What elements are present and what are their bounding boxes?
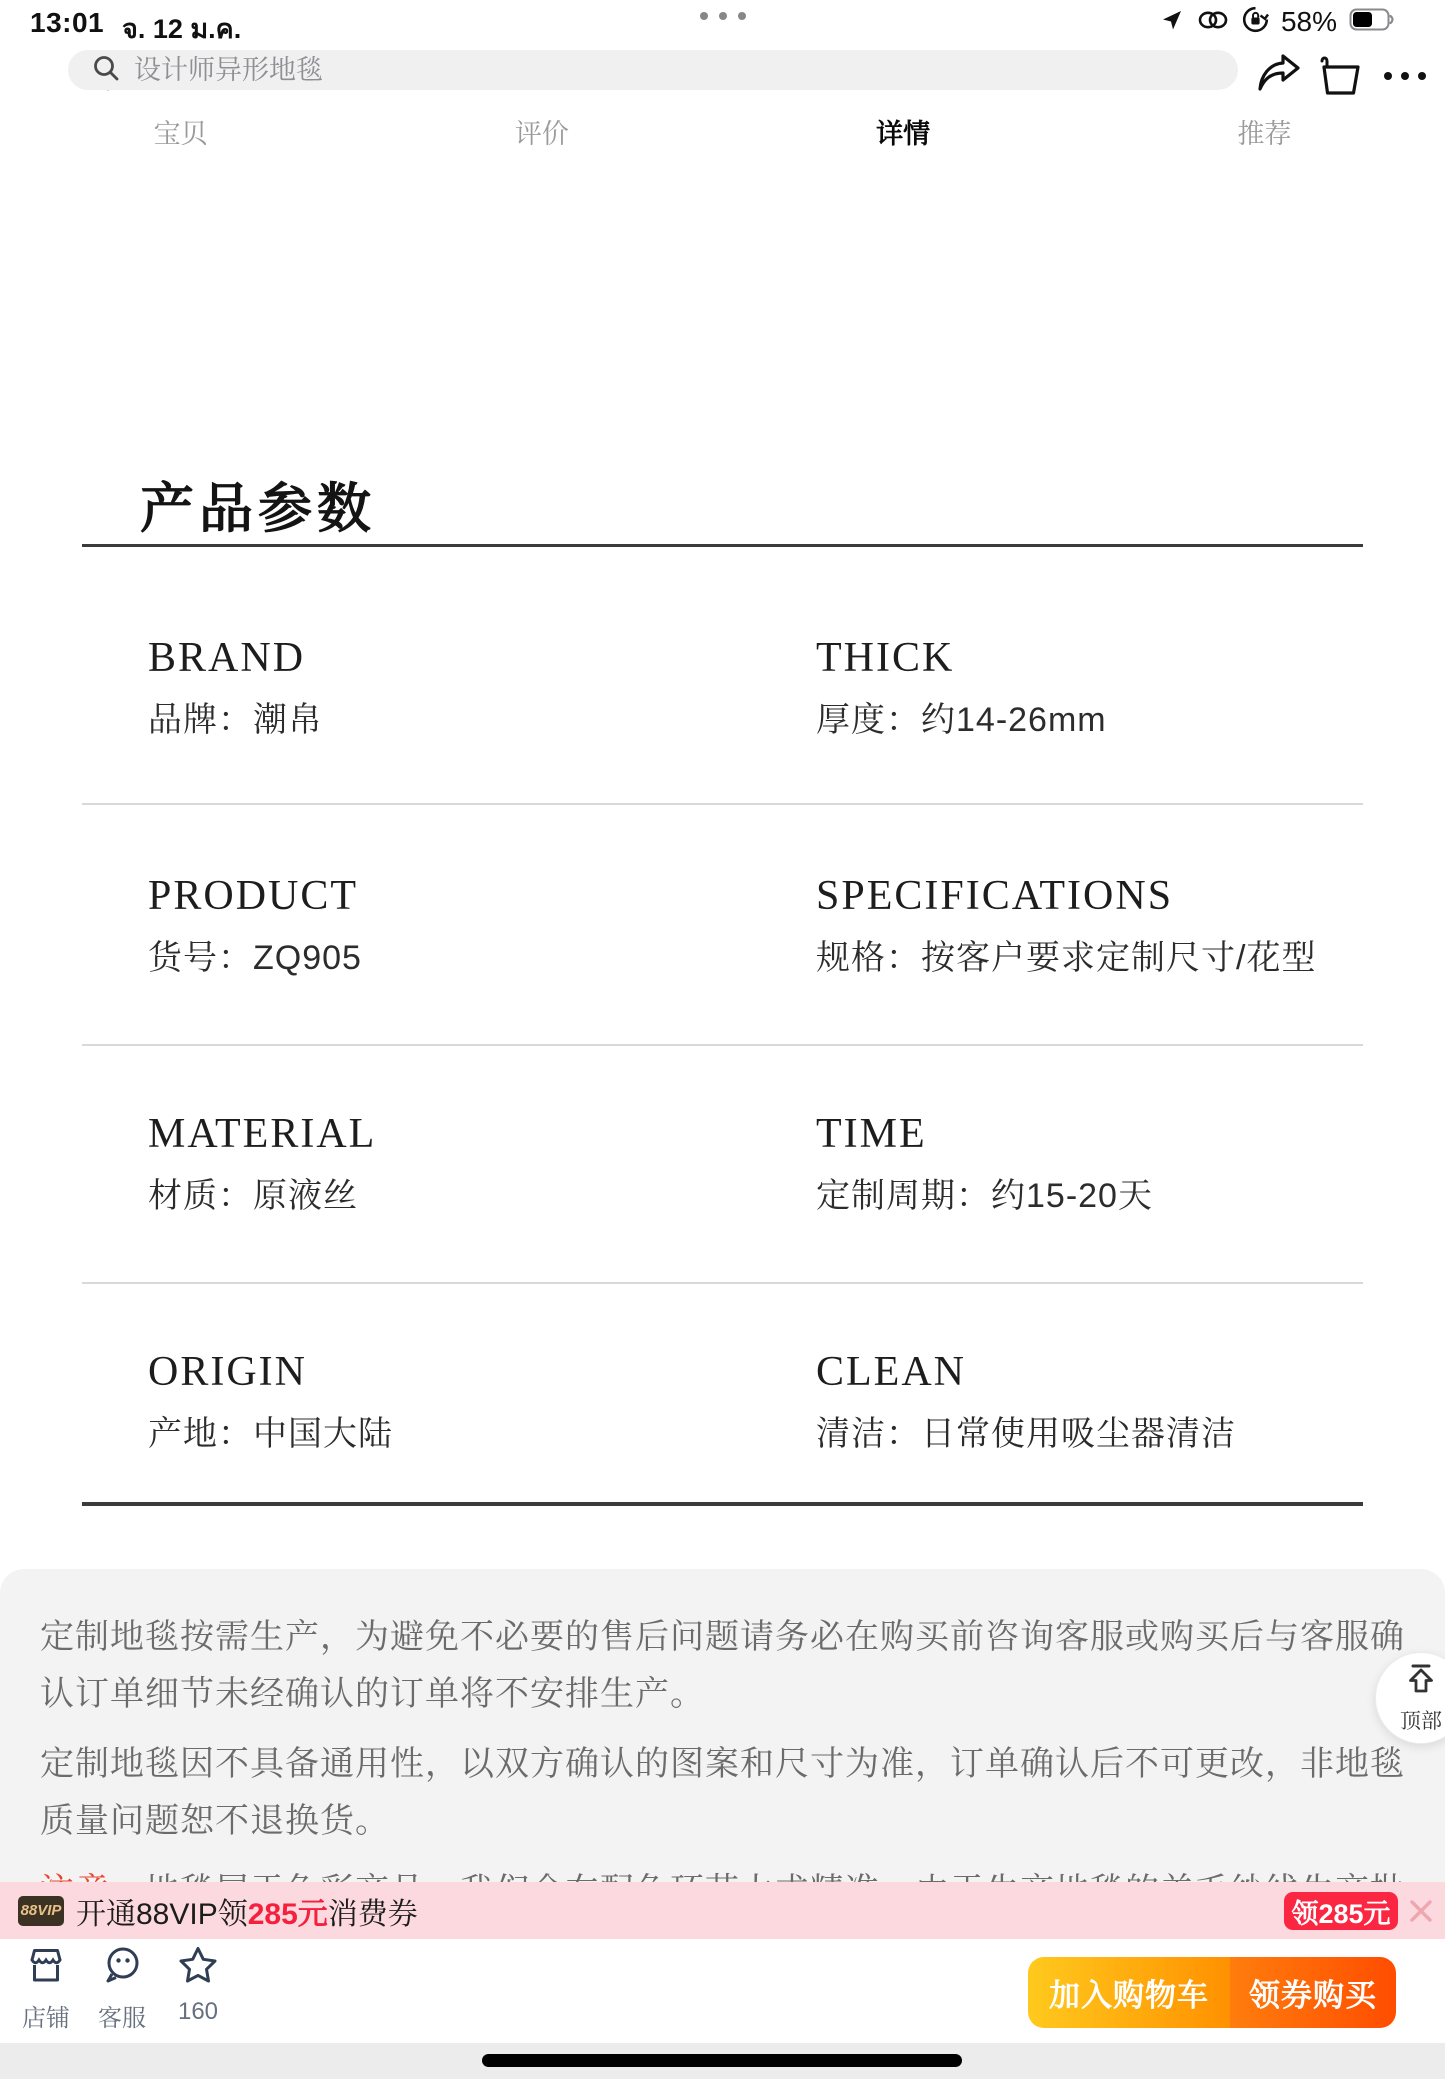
divider (82, 803, 1363, 805)
favorite-button[interactable]: 160 (160, 1945, 236, 2026)
hotspot-link-icon (1196, 9, 1230, 36)
param-value-origin: 产地：中国大陆 (148, 1406, 393, 1455)
close-icon (1406, 1913, 1436, 1930)
location-icon (1160, 8, 1184, 37)
vip-banner-text: 开通88VIP领285元消费券 (76, 1889, 418, 1933)
tab-item[interactable]: 宝贝 (0, 100, 361, 162)
param-value-specifications: 规格：按客户要求定制尺寸/花型 (816, 930, 1316, 979)
back-to-top-label: 顶部 (1400, 1705, 1442, 1735)
home-indicator-area (0, 2043, 1445, 2079)
param-value-product: 货号：ZQ905 (148, 930, 362, 979)
param-label-thick: THICK (816, 634, 954, 682)
divider (82, 1282, 1363, 1284)
status-time: 13:01 (30, 7, 104, 39)
purchase-buttons: 加入购物车 领券购买 (1028, 1957, 1396, 2028)
orientation-lock-icon (1242, 6, 1269, 38)
search-bar[interactable] (68, 50, 1238, 90)
arrow-up-to-top-icon (1403, 1661, 1439, 1703)
param-label-brand: BRAND (148, 634, 305, 682)
status-bar: 13:01 จ. 12 ม.ค. 58% (0, 0, 1445, 44)
battery-icon (1349, 8, 1395, 36)
buy-with-coupon-button[interactable]: 领券购买 (1230, 1957, 1396, 2028)
divider (82, 1044, 1363, 1046)
multitask-dots-icon (700, 12, 746, 20)
chat-smiley-icon (101, 1945, 143, 1992)
vip-coupon-banner: 88VIP 开通88VIP领285元消费券 领285元 (0, 1882, 1445, 1939)
disclaimer-paragraph-2: 定制地毯因不具备通用性，以双方确认的图案和尺寸为准，订单确认后不可更改，非地毯质… (40, 1736, 1405, 1850)
param-value-time: 定制周期：约15-20天 (816, 1168, 1153, 1217)
bottom-action-bar: 店铺 客服 160 加入购物车 领券购买 (0, 1939, 1445, 2043)
claim-coupon-button[interactable]: 领285元 (1284, 1892, 1398, 1930)
cart-button[interactable]: 81 (1316, 54, 1366, 98)
shop-button[interactable]: 店铺 (8, 1945, 84, 2033)
share-arrow-icon (1256, 81, 1302, 98)
search-icon (84, 54, 120, 87)
params-title: 产品参数 (140, 466, 376, 543)
divider (82, 1502, 1363, 1506)
tab-reviews[interactable]: 评价 (361, 100, 722, 162)
nav-bar: 81 (0, 44, 1445, 100)
tab-details[interactable]: 详情 (723, 100, 1084, 162)
param-value-thick: 厚度：约14-26mm (816, 692, 1107, 741)
param-label-time: TIME (816, 1110, 927, 1158)
vip-text-before: 开通88VIP领 (76, 1898, 248, 1931)
param-label-material: MATERIAL (148, 1110, 376, 1158)
more-menu-button[interactable] (1384, 68, 1428, 84)
share-button[interactable] (1256, 52, 1302, 94)
storefront-icon (25, 1945, 67, 1992)
add-to-cart-button[interactable]: 加入购物车 (1028, 1957, 1230, 2028)
tab-recommend[interactable]: 推荐 (1084, 100, 1445, 162)
battery-percent: 58% (1281, 6, 1337, 38)
vip-badge: 88VIP (18, 1896, 64, 1926)
param-label-product: PRODUCT (148, 872, 358, 920)
status-icons: 58% (1160, 6, 1395, 38)
shop-label: 店铺 (22, 1998, 70, 2033)
tab-bar: 宝贝 评价 详情 推荐 (0, 100, 1445, 162)
param-label-origin: ORIGIN (148, 1348, 307, 1396)
star-icon (177, 1945, 219, 1992)
param-label-specifications: SPECIFICATIONS (816, 872, 1173, 920)
customer-service-button[interactable]: 客服 (84, 1945, 160, 2033)
param-value-clean: 清洁：日常使用吸尘器清洁 (816, 1406, 1236, 1455)
divider (82, 544, 1363, 547)
vip-amount: 285元 (248, 1898, 328, 1931)
more-dots-icon (1384, 72, 1392, 80)
disclaimer-paragraph-1: 定制地毯按需生产，为避免不必要的售后问题请务必在购买前咨询客服或购买后与客服确认… (40, 1609, 1405, 1723)
favorite-count-label: 160 (178, 1998, 218, 2026)
vip-text-after: 消费券 (328, 1898, 418, 1931)
param-value-brand: 品牌：潮帛 (148, 692, 323, 741)
home-indicator[interactable] (482, 2054, 962, 2067)
search-input[interactable] (134, 55, 1222, 86)
customer-service-label: 客服 (98, 1998, 146, 2033)
param-value-material: 材质：原液丝 (148, 1168, 358, 1217)
close-banner-button[interactable] (1406, 1896, 1436, 1926)
param-label-clean: CLEAN (816, 1348, 966, 1396)
